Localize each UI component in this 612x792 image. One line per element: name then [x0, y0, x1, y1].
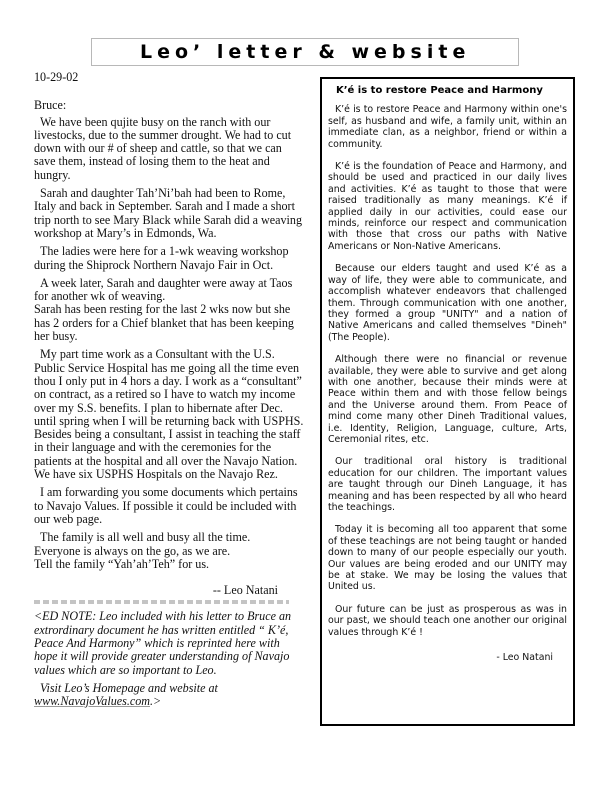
header-banner: Leo’ letter & website [91, 38, 519, 66]
ke-sidebar-box: K’é is to restore Peace and Harmony K’é … [320, 77, 575, 726]
sidebar-paragraph: K’é is the foundation of Peace and Harmo… [328, 161, 567, 252]
letter-paragraph: Tell the family “Yah’ah’Teh” for us. [34, 558, 306, 571]
sidebar-paragraph: Our traditional oral history is traditio… [328, 456, 567, 513]
sidebar-paragraph: Our future can be just as prosperous as … [328, 604, 567, 638]
editor-note: <ED NOTE: Leo included with his letter t… [34, 610, 306, 676]
letter-date: 10-29-02 [34, 71, 306, 84]
dashed-divider [34, 600, 289, 604]
sidebar-title: K’é is to restore Peace and Harmony [336, 85, 567, 96]
sidebar-paragraph: Today it is becoming all too apparent th… [328, 524, 567, 592]
website-link[interactable]: www.NavajoValues.com [34, 694, 150, 708]
letter-paragraph: The family is all well and busy all the … [34, 531, 306, 544]
link-suffix: .> [150, 694, 161, 708]
sidebar-paragraph: K’é is to restore Peace and Harmony with… [328, 104, 567, 150]
letter-paragraph: My part time work as a Consultant with t… [34, 348, 306, 481]
page-title: Leo’ letter & website [140, 41, 470, 63]
sidebar-paragraph: Although there were no financial or reve… [328, 354, 567, 445]
letter-paragraph: Everyone is always on the go, as we are. [34, 545, 306, 558]
sidebar-paragraph: Because our elders taught and used K’é a… [328, 263, 567, 343]
letter-signature: -- Leo Natani [34, 584, 306, 597]
letter-paragraph: The ladies were here for a 1-wk weaving … [34, 245, 306, 272]
letter-column: 10-29-02 Bruce: We have been qujite busy… [34, 71, 306, 713]
letter-paragraph: Sarah and daughter Tah’Ni’bah had been t… [34, 187, 306, 240]
visit-text: Visit Leo’s Homepage and website at [40, 681, 218, 695]
letter-paragraph: We have been qujite busy on the ranch wi… [34, 116, 306, 182]
letter-paragraph: I am forwarding you some documents which… [34, 486, 306, 526]
visit-line: Visit Leo’s Homepage and website at www.… [34, 682, 306, 709]
sidebar-signature: - Leo Natani [328, 652, 567, 663]
letter-salutation: Bruce: [34, 99, 306, 112]
letter-paragraph: A week later, Sarah and daughter were aw… [34, 277, 306, 304]
letter-paragraph: Sarah has been resting for the last 2 wk… [34, 303, 306, 343]
